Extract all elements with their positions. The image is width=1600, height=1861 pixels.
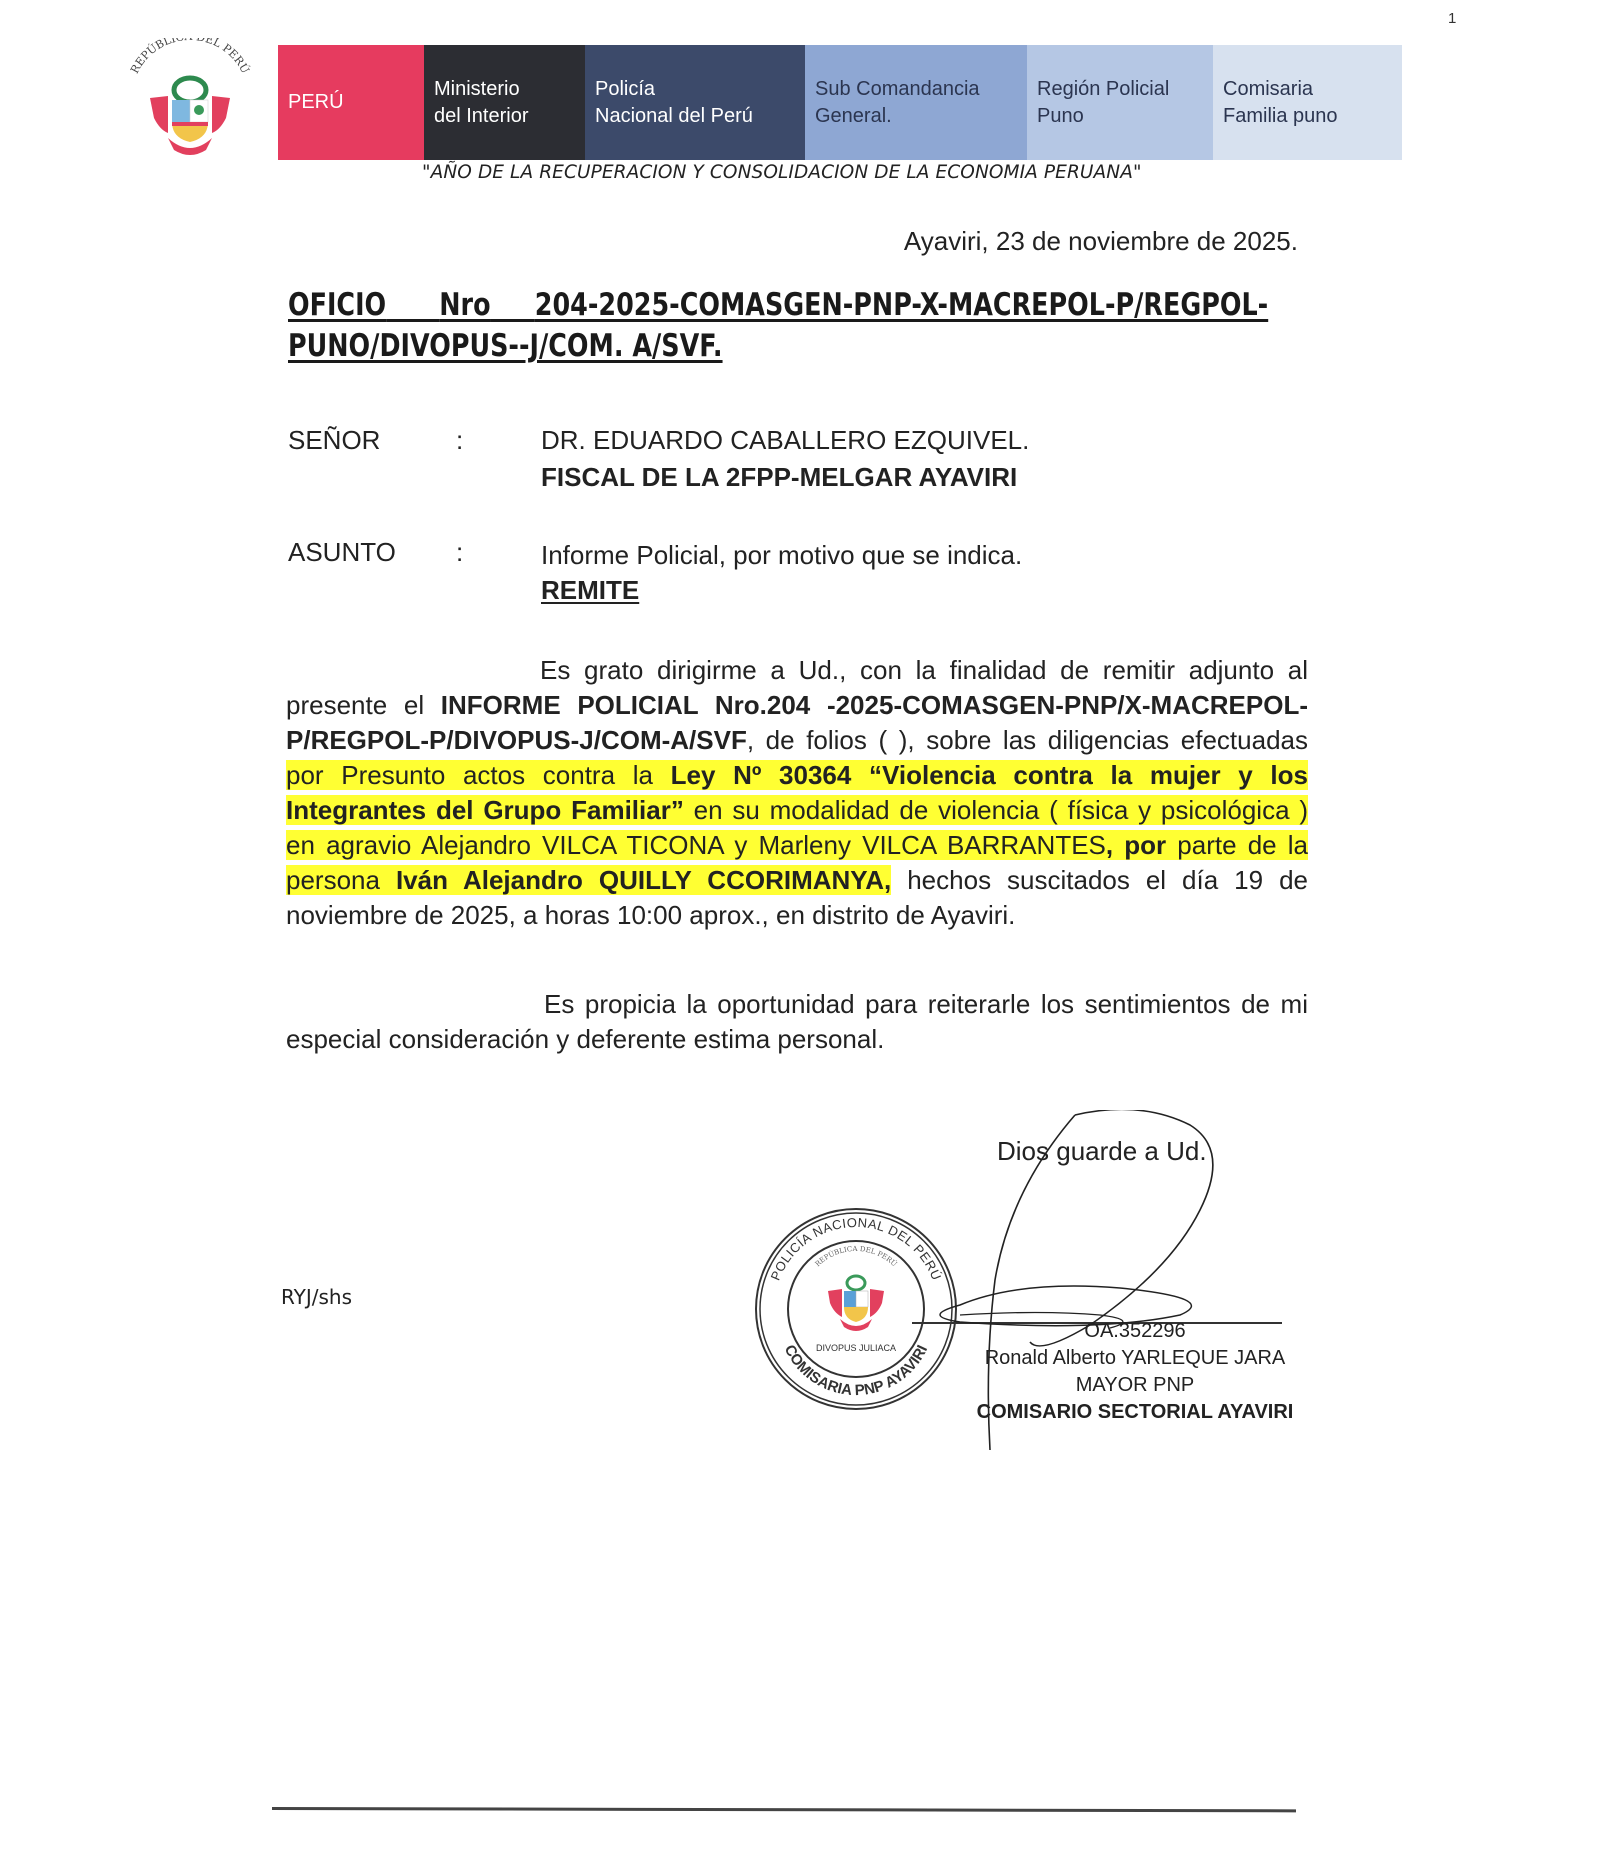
signatory-rank: MAYOR PNP <box>955 1372 1315 1399</box>
band-sub-command: Sub ComandanciaGeneral. <box>805 45 1027 160</box>
recipient-label: SEÑOR <box>288 425 380 456</box>
signatory-block: OA.352296 Ronald Alberto YARLEQUE JARA M… <box>955 1318 1315 1426</box>
band-station: ComisariaFamilia puno <box>1213 45 1402 160</box>
year-motto: "AÑO DE LA RECUPERACION Y CONSOLIDACION … <box>422 162 1142 183</box>
title-line-1: OFICIO Nro 204-2025-COMASGEN-PNP-X-MACRE… <box>288 285 1126 326</box>
highlighted-text: por Presunto actos contra la <box>286 760 671 790</box>
recipient-title: FISCAL DE LA 2FPP-MELGAR AYAVIRI <box>541 462 1017 493</box>
farewell: Dios guarde a Ud. <box>997 1136 1207 1167</box>
recipient-colon: : <box>456 425 463 456</box>
title-line-2: PUNO/DIVOPUS--J/COM. A/SVF. <box>288 326 1126 367</box>
coat-of-arms-icon: REPÚBLICA DEL PERÚ <box>120 38 260 168</box>
band-region: Región PolicialPuno <box>1027 45 1213 160</box>
subject-text: Informe Policial, por motivo que se indi… <box>541 540 1022 571</box>
subject-label: ASUNTO <box>288 537 396 568</box>
handwritten-signature-icon <box>900 1110 1330 1490</box>
subject-colon: : <box>456 537 463 568</box>
band-ministry: Ministeriodel Interior <box>424 45 585 160</box>
recipient-name: DR. EDUARDO CABALLERO EZQUIVEL. <box>541 425 1029 456</box>
signatory-name: Ronald Alberto YARLEQUE JARA <box>955 1345 1315 1372</box>
footer-rule <box>272 1807 1296 1812</box>
reference-initials: RYJ/shs <box>281 1285 352 1309</box>
accused-name: Iván Alejandro QUILLY CCORIMANYA, <box>396 865 891 895</box>
svg-text:REPÚBLICA DEL PERÚ: REPÚBLICA DEL PERÚ <box>128 38 253 76</box>
police-seal-icon: POLICÍA NACIONAL DEL PERÚ COMISARIA PNP … <box>752 1205 960 1413</box>
subject-action: REMITE <box>541 575 639 606</box>
band-peru: PERÚ <box>278 45 424 160</box>
svg-text:DIVOPUS JULIACA: DIVOPUS JULIACA <box>816 1343 896 1353</box>
closing-paragraph: Es propicia la oportunidad para reiterar… <box>286 987 1308 1057</box>
body-paragraph: Es grato dirigirme a Ud., con la finalid… <box>286 653 1308 933</box>
signatory-position: COMISARIO SECTORIAL AYAVIRI <box>955 1399 1315 1426</box>
date-line: Ayaviri, 23 de noviembre de 2025. <box>904 226 1298 257</box>
band-police: PolicíaNacional del Perú <box>585 45 805 160</box>
coat-caption: REPÚBLICA DEL PERÚ <box>128 38 253 76</box>
institution-header-band: PERÚ Ministeriodel Interior PolicíaNacio… <box>278 45 1402 160</box>
page-marker: 1 <box>1448 10 1456 27</box>
document-title: OFICIO Nro 204-2025-COMASGEN-PNP-X-MACRE… <box>288 285 1126 367</box>
signatory-id: OA.352296 <box>955 1318 1315 1345</box>
